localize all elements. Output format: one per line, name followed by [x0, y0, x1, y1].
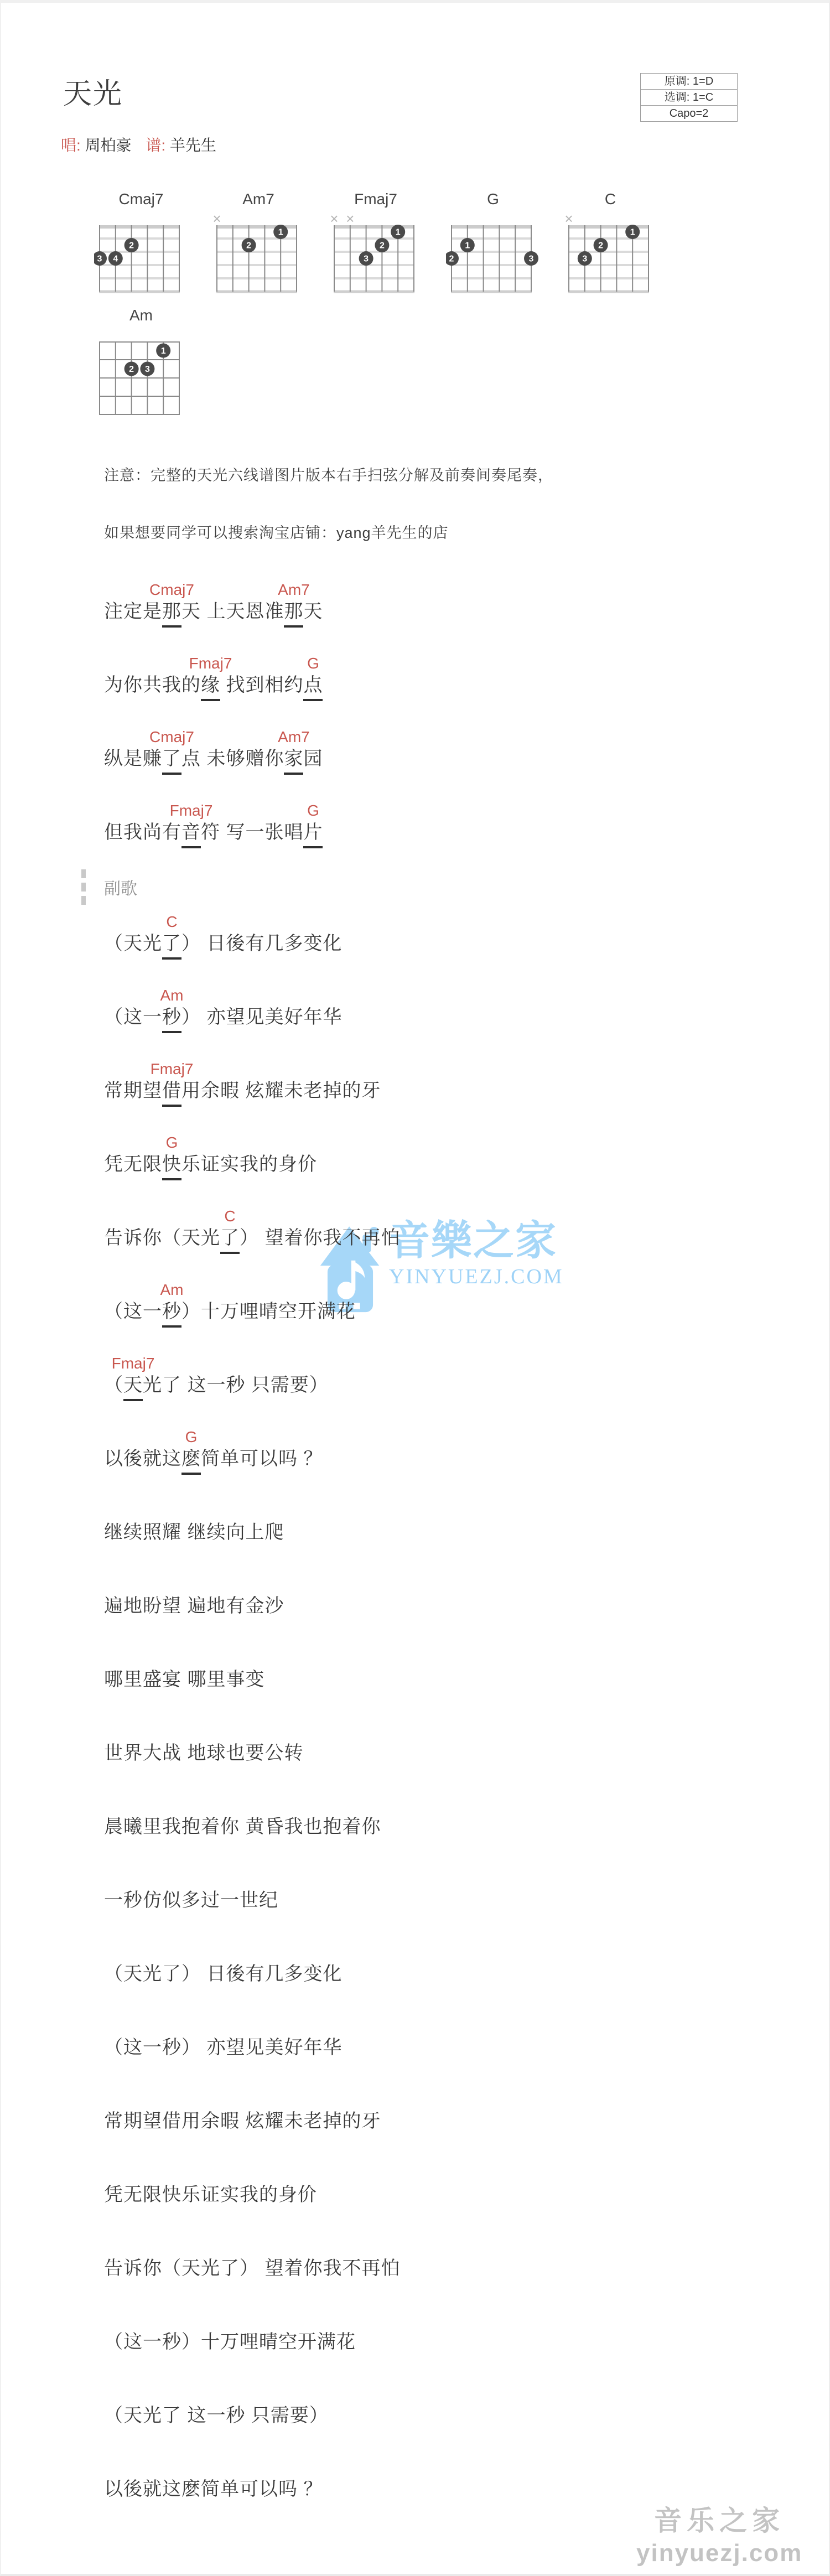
lyric-text: 简单可以吗 ？: [201, 1448, 323, 1469]
lyric-text-row: 常期望借用余暇 炫耀未老掉的牙: [104, 2106, 757, 2133]
lyric-text: （这一: [104, 1007, 162, 1028]
section-label-chorus: 副歌: [81, 869, 757, 905]
lyric-text-row: 继续照耀 继续向上爬: [104, 1517, 757, 1544]
lyric-line: 但我尚有音Fmaj7符 写一张唱片G: [104, 795, 757, 868]
lyric-anchor-char: 家Am7: [284, 748, 303, 775]
chord-annotation: Am7: [278, 581, 310, 599]
chord-diagram-title: C: [563, 190, 657, 211]
fretboard-grid-icon: 123: [94, 327, 188, 420]
svg-text:1: 1: [161, 346, 166, 356]
lyric-text-row: 晨曦里我抱着你 黄昏我也抱着你: [104, 1811, 757, 1838]
svg-text:×: ×: [564, 211, 573, 227]
arranger-name: 羊先生: [170, 137, 216, 154]
lyric-line: 告诉你（天光了C） 望着你我不再怕: [104, 1200, 757, 1274]
chord-diagram-title: Am7: [211, 190, 305, 211]
lyric-text-row: 世界大战 地球也要公转: [104, 1738, 757, 1765]
lyric-text: 注定是: [104, 601, 162, 622]
fretboard-grid-icon: ×12: [211, 211, 305, 297]
lyric-anchor-char: 缘Fmaj7: [201, 675, 220, 701]
lyric-text-row: 纵是赚了Cmaj7点 未够赠你家Am7园: [104, 743, 757, 775]
lyric-text: 凭无限快乐证实我的身价: [104, 2184, 317, 2205]
chord-annotation: C: [224, 1207, 235, 1225]
lyric-text-row: 告诉你（天光了） 望着你我不再怕: [104, 2253, 757, 2280]
chord-annotation: Am: [160, 1281, 184, 1299]
lyric-text: 世界大战 地球也要公转: [104, 1743, 303, 1764]
svg-text:×: ×: [330, 211, 338, 227]
svg-text:4: 4: [113, 255, 118, 264]
fretboard-grid-icon: 123: [446, 211, 540, 297]
lyric-line: 告诉你（天光了） 望着你我不再怕: [104, 2231, 757, 2304]
lyric-text: 点 未够赠你: [181, 748, 284, 769]
lyric-text: 但我尚有: [104, 822, 181, 843]
lyric-anchor-char: 音Fmaj7: [181, 822, 201, 848]
lyric-text: 凭无限: [104, 1154, 162, 1175]
fretboard-grid-icon: ×123: [563, 211, 657, 297]
lyric-line: 常期望借Fmaj7用余暇 炫耀未老掉的牙: [104, 1053, 757, 1127]
lyric-text: （天光了 这一秒 只需要）: [104, 2405, 329, 2426]
taobao-shop-text: 如果想要同学可以搜索淘宝店铺：yang羊先生的店: [104, 521, 449, 542]
chord-annotation: Fmaj7: [151, 1060, 194, 1078]
svg-text:2: 2: [129, 241, 134, 251]
svg-text:3: 3: [97, 255, 102, 264]
chord-annotation: G: [307, 655, 319, 672]
lyric-line: （这一秒Am）十万哩晴空开满花: [104, 1274, 757, 1347]
lyric-anchor-char: 那Cmaj7: [162, 601, 181, 628]
lyrics-section: 注定是那Cmaj7天 上天恩准那Am7天为你共我的缘Fmaj7 找到相约点G纵是…: [104, 574, 757, 2525]
lyric-text-row: （天Fmaj7光了 这一秒 只需要）: [104, 1370, 757, 1401]
svg-text:2: 2: [598, 241, 603, 251]
lyric-anchor-char: 片G: [303, 822, 323, 848]
lyric-text: 以後就这: [104, 1448, 181, 1469]
lyric-text: 天 上天恩准: [181, 601, 284, 622]
lyric-text-row: 凭无限快G乐证实我的身价: [104, 1149, 757, 1180]
lyric-text: （这一秒） 亦望见美好年华: [104, 2037, 342, 2058]
lyric-text: 天: [303, 601, 323, 622]
chord-annotation: Fmaj7: [112, 1355, 155, 1372]
chord-annotation: Fmaj7: [170, 802, 213, 820]
svg-text:1: 1: [396, 228, 401, 237]
lyric-line: （这一秒Am） 亦望见美好年华: [104, 979, 757, 1053]
lyric-text: 一秒仿似多过一世纪: [104, 1890, 278, 1911]
lyric-text-row: 以後就这麽简单可以吗 ？: [104, 2474, 757, 2501]
lyric-anchor-char: 借Fmaj7: [162, 1080, 181, 1107]
chord-diagram-title: Am: [94, 306, 188, 327]
lyric-text-row: （天光了C） 日後有几多变化: [104, 928, 757, 960]
chord-annotation: G: [166, 1134, 178, 1152]
lyric-line: 遍地盼望 遍地有金沙: [104, 1568, 757, 1642]
lyric-line: 为你共我的缘Fmaj7 找到相约点G: [104, 647, 757, 721]
lyric-anchor-char: 了Cmaj7: [162, 748, 181, 775]
svg-text:3: 3: [529, 255, 534, 264]
lyric-line: 凭无限快乐证实我的身价: [104, 2157, 757, 2231]
lyric-anchor-char: 秒Am: [162, 1007, 181, 1033]
lyric-line: （天光了C） 日後有几多变化: [104, 906, 757, 979]
svg-text:3: 3: [364, 255, 369, 264]
chord-diagram-Am: Am123: [94, 306, 188, 423]
lyric-line: 晨曦里我抱着你 黄昏我也抱着你: [104, 1789, 757, 1863]
lyric-line: 一秒仿似多过一世纪: [104, 1863, 757, 1936]
capo-info: Capo=2: [641, 106, 737, 121]
chord-diagram-title: G: [446, 190, 540, 211]
chord-diagram-G: G123: [446, 190, 540, 300]
lyric-text-row: 告诉你（天光了C） 望着你我不再怕: [104, 1222, 757, 1254]
fretboard-grid-icon: 234: [94, 211, 188, 297]
lyric-line: （这一秒）十万哩晴空开满花: [104, 2304, 757, 2378]
chord-annotation: Am7: [278, 728, 310, 746]
chord-diagram-title: Fmaj7: [329, 190, 423, 211]
page-title: 天光: [63, 70, 123, 112]
chord-sheet-page: 天光 原调: 1=D 选调: 1=C Capo=2 唱: 周柏豪 谱: 羊先生 …: [0, 0, 830, 2576]
lyric-line: 以後就这麽简单可以吗 ？: [104, 2451, 757, 2525]
chord-diagram-row-1: Cmaj7234Am7×12Fmaj7××123G123C×123: [94, 190, 681, 300]
arranger-label: 谱:: [146, 137, 165, 154]
lyric-line: 世界大战 地球也要公转: [104, 1715, 757, 1789]
lyric-text: 符 写一张唱: [201, 822, 303, 843]
lyric-anchor-char: 那Am7: [284, 601, 303, 628]
lyric-text-row: （这一秒Am）十万哩晴空开满花: [104, 1296, 757, 1328]
lyric-line: 以後就这麽G简单可以吗 ？: [104, 1421, 757, 1495]
section-label-text: 副歌: [104, 875, 137, 899]
chord-annotation: Cmaj7: [149, 581, 194, 599]
lyric-text: （: [104, 1375, 123, 1396]
lyric-text-row: 遍地盼望 遍地有金沙: [104, 1590, 757, 1618]
lyric-text: 常期望借用余暇 炫耀未老掉的牙: [104, 2111, 381, 2132]
svg-text:2: 2: [246, 241, 251, 251]
lyric-text: ） 望着你我不再怕: [240, 1227, 400, 1248]
lyric-text: 纵是赚: [104, 748, 162, 769]
lyric-text: （天光: [104, 933, 162, 954]
lyric-text: ） 亦望见美好年华: [181, 1007, 342, 1028]
lyric-line: （这一秒） 亦望见美好年华: [104, 2010, 757, 2083]
lyric-text: 晨曦里我抱着你 黄昏我也抱着你: [104, 1816, 381, 1837]
credits-line: 唱: 周柏豪 谱: 羊先生: [61, 133, 226, 156]
svg-text:×: ×: [346, 211, 354, 227]
lyric-text-row: 注定是那Cmaj7天 上天恩准那Am7天: [104, 596, 757, 628]
chord-diagram-row-2: Am123: [94, 306, 211, 423]
lyric-text: 遍地盼望 遍地有金沙: [104, 1595, 284, 1616]
lyric-text: 告诉你（天光了） 望着你我不再怕: [104, 2258, 400, 2279]
lyric-text: ） 日後有几多变化: [181, 933, 342, 954]
lyric-text-row: 一秒仿似多过一世纪: [104, 1885, 757, 1912]
lyric-text-row: 为你共我的缘Fmaj7 找到相约点G: [104, 670, 757, 701]
lyric-text: 用余暇 炫耀未老掉的牙: [181, 1080, 381, 1101]
svg-text:3: 3: [145, 365, 150, 374]
notice-text: 注意：完整的天光六线谱图片版本右手扫弦分解及前奏间奏尾奏，: [104, 463, 553, 485]
lyric-text-row: （这一秒）十万哩晴空开满花: [104, 2326, 757, 2354]
lyric-text: 为你共我的: [104, 675, 201, 696]
watermark-domain-text: yinyuezj.com: [636, 2539, 802, 2567]
lyric-text-row: （这一秒Am） 亦望见美好年华: [104, 1002, 757, 1033]
chord-diagram-C: C×123: [563, 190, 657, 300]
lyric-text: ）十万哩晴空开满花: [181, 1301, 356, 1322]
lyric-anchor-char: 点G: [303, 675, 323, 701]
lyric-text-row: 凭无限快乐证实我的身价: [104, 2179, 757, 2206]
singer-name: 周柏豪: [85, 137, 132, 154]
lyric-anchor-char: 快G: [162, 1154, 181, 1180]
lyric-text: 园: [303, 748, 323, 769]
lyric-line: 常期望借用余暇 炫耀未老掉的牙: [104, 2083, 757, 2157]
lyric-text: 找到相约: [220, 675, 303, 696]
original-key: 原调: 1=D: [641, 74, 737, 90]
svg-text:2: 2: [380, 241, 385, 251]
chord-diagram-title: Cmaj7: [94, 190, 188, 211]
selected-key: 选调: 1=C: [641, 90, 737, 106]
chord-annotation: Fmaj7: [189, 655, 232, 672]
lyric-line: （天光了） 日後有几多变化: [104, 1936, 757, 2010]
lyric-anchor-char: 麽G: [181, 1448, 201, 1475]
lyric-line: （天光了 这一秒 只需要）: [104, 2378, 757, 2451]
svg-text:1: 1: [278, 228, 283, 237]
svg-text:2: 2: [449, 255, 454, 264]
chord-diagram-Am7: Am7×12: [211, 190, 305, 300]
chord-diagram-Fmaj7: Fmaj7××123: [329, 190, 423, 300]
lyric-text-row: （天光了 这一秒 只需要）: [104, 2400, 757, 2427]
svg-text:×: ×: [212, 211, 221, 227]
chord-annotation: G: [185, 1428, 198, 1446]
lyric-text: 告诉你（天光: [104, 1227, 220, 1248]
chord-diagram-Cmaj7: Cmaj7234: [94, 190, 188, 300]
lyric-anchor-char: 了C: [162, 933, 181, 960]
lyric-line: 纵是赚了Cmaj7点 未够赠你家Am7园: [104, 721, 757, 795]
lyric-line: 注定是那Cmaj7天 上天恩准那Am7天: [104, 574, 757, 647]
svg-text:2: 2: [129, 365, 134, 374]
lyric-text: 乐证实我的身价: [181, 1154, 317, 1175]
lyric-text-row: 但我尚有音Fmaj7符 写一张唱片G: [104, 817, 757, 848]
lyric-line: 继续照耀 继续向上爬: [104, 1495, 757, 1568]
lyric-anchor-char: 了C: [220, 1227, 240, 1254]
lyric-text: （天光了） 日後有几多变化: [104, 1963, 342, 1984]
lyric-text: 继续照耀 继续向上爬: [104, 1522, 284, 1543]
key-info-box: 原调: 1=D 选调: 1=C Capo=2: [640, 73, 738, 122]
svg-text:1: 1: [465, 241, 470, 251]
chord-annotation: G: [307, 802, 319, 820]
chord-annotation: Am: [160, 987, 184, 1004]
lyric-text: 光了 这一秒 只需要）: [143, 1375, 329, 1396]
lyric-text-row: 以後就这麽G简单可以吗 ？: [104, 1443, 757, 1475]
fretboard-grid-icon: ××123: [329, 211, 423, 297]
singer-label: 唱:: [61, 137, 81, 154]
lyric-text-row: 常期望借Fmaj7用余暇 炫耀未老掉的牙: [104, 1075, 757, 1107]
lyric-line: 哪里盛宴 哪里事变: [104, 1642, 757, 1715]
lyric-text: 常期望: [104, 1080, 162, 1101]
chord-annotation: Cmaj7: [149, 728, 194, 746]
svg-text:3: 3: [582, 255, 587, 264]
lyric-text: （这一秒）十万哩晴空开满花: [104, 2331, 356, 2352]
svg-text:1: 1: [630, 228, 635, 237]
lyric-text-row: （这一秒） 亦望见美好年华: [104, 2032, 757, 2059]
lyric-text: 以後就这麽简单可以吗 ？: [104, 2479, 323, 2500]
lyric-line: （天Fmaj7光了 这一秒 只需要）: [104, 1347, 757, 1421]
lyric-text: （这一: [104, 1301, 162, 1322]
lyric-anchor-char: 天Fmaj7: [123, 1375, 143, 1401]
lyric-anchor-char: 秒Am: [162, 1301, 181, 1328]
lyric-text-row: 哪里盛宴 哪里事变: [104, 1664, 757, 1691]
chord-annotation: C: [166, 913, 177, 931]
lyric-line: 凭无限快G乐证实我的身价: [104, 1127, 757, 1200]
lyric-text: 哪里盛宴 哪里事变: [104, 1669, 264, 1690]
lyric-text-row: （天光了） 日後有几多变化: [104, 1958, 757, 1986]
